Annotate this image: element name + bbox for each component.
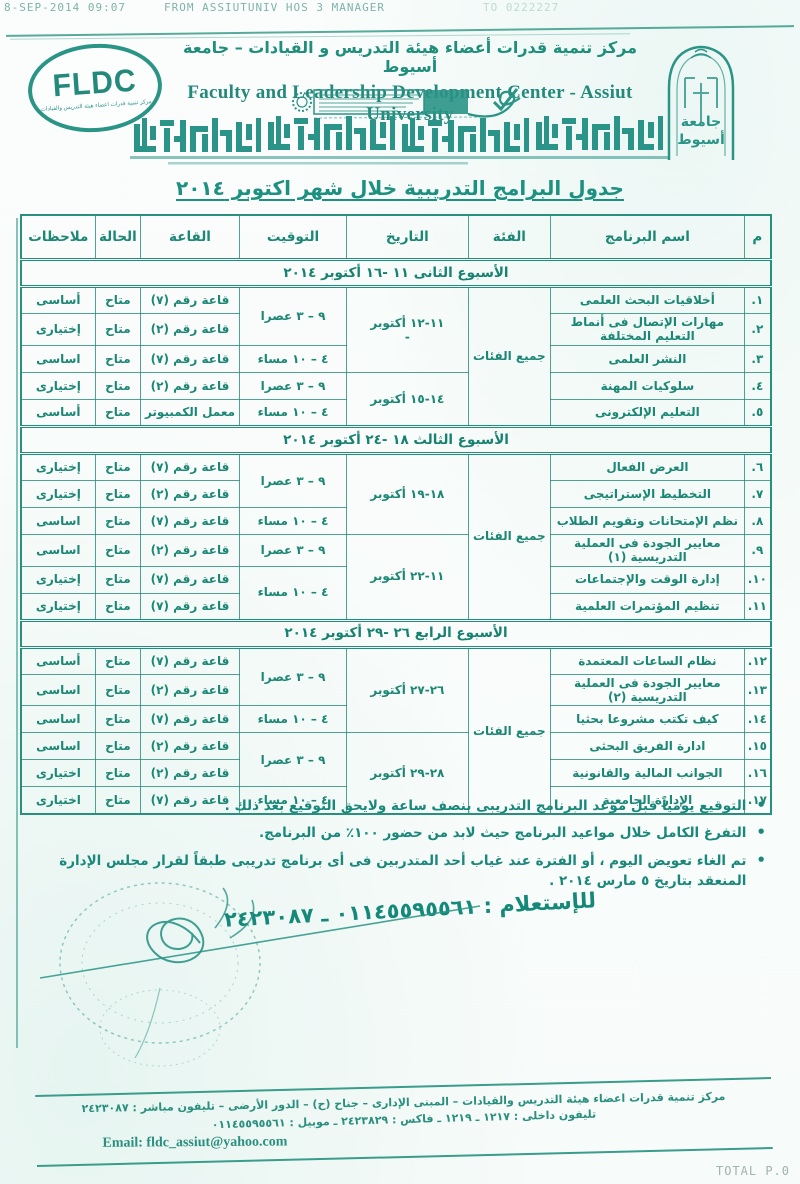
column-header-category: الفئة [468, 215, 550, 260]
cell-status: متاح [95, 534, 140, 566]
fldc-logo-text: FLDC [52, 63, 138, 104]
footer-email: Email: fldc_assiut@yahoo.com [102, 1134, 287, 1151]
contact-footer: مركز تنمية قدرات اعضاء هيئة التدريس والق… [35, 1077, 773, 1167]
schedule-row: ١٥.ادارة الفريق البحثى٢٨-٢٩ أكتوبر٩ – ٣ … [21, 733, 771, 760]
cell-num: ٣. [744, 345, 771, 372]
cell-num: ٤. [744, 372, 771, 399]
cell-status: متاح [95, 706, 140, 733]
cell-program: التخطيط الإستراتيجى [551, 480, 745, 507]
column-header-time: التوقيت [239, 215, 346, 260]
cell-hall: معمل الكمبيوتر [141, 399, 240, 426]
cell-program: معايير الجودة فى العملية التدريسية (٢) [551, 674, 745, 706]
cell-program: نظام الساعات المعتمدة [551, 647, 745, 674]
cell-remarks: اساسى [21, 507, 95, 534]
cell-hall: قاعة رقم (٢) [141, 733, 240, 760]
cell-hall: قاعة رقم (٧) [141, 566, 240, 593]
cell-status: متاح [95, 733, 140, 760]
bullet-icon: • [756, 796, 766, 816]
cell-time: ٩ – ٣ عصرا [239, 733, 346, 787]
cell-num: ٢. [744, 314, 771, 346]
cell-num: ١٢. [744, 647, 771, 674]
week-section-title: الأسبوع الرابع ٢٦ -٢٩ أكتوبر ٢٠١٤ [21, 620, 771, 647]
scanned-fax-document: 8-SEP-2014 09:07 FROM ASSIUTUNIV HOS 3 M… [0, 0, 800, 1184]
column-header-hall: القاعة [141, 215, 240, 260]
cell-time: ٤ – ١٠ مساء [239, 507, 346, 534]
cell-num: ٩. [744, 534, 771, 566]
cell-time: ٩ – ٣ عصرا [239, 453, 346, 507]
cell-program: نظم الإمتحانات وتقويم الطلاب [551, 507, 745, 534]
cell-date: ١٨-١٩ أكتوبر [347, 453, 469, 534]
cell-remarks: أساسى [21, 287, 95, 314]
cell-remarks: اساسى [21, 674, 95, 706]
bullet-icon: • [756, 823, 766, 843]
cell-num: ٥. [744, 399, 771, 426]
week-section-title: الأسبوع الثالث ١٨ -٢٤ أكتوبر ٢٠١٤ [21, 426, 771, 453]
cell-num: ١٦. [744, 760, 771, 787]
cell-hall: قاعة رقم (٧) [141, 345, 240, 372]
cell-remarks: إختيارى [21, 593, 95, 620]
official-stamp-icon [60, 883, 260, 1043]
cell-date: ١٤-١٥ أكتوبر [347, 372, 469, 426]
cell-hall: قاعة رقم (٧) [141, 593, 240, 620]
cell-remarks: أساسى [21, 647, 95, 674]
cell-time: ٤ – ١٠ مساء [239, 399, 346, 426]
cell-category: جميع الفئات [468, 647, 550, 814]
cell-program: ادارة الفريق البحثى [551, 733, 745, 760]
cell-category: جميع الفئات [468, 287, 550, 427]
footnote-item: •التوقيع يومياً قبل موعد البرنامج التدري… [36, 796, 766, 816]
column-header-num: م [744, 215, 771, 260]
letterhead-title-arabic: مركز تنمية قدرات أعضاء هيئة التدريس و ال… [165, 38, 655, 76]
schedule-table: ماسم البرنامجالفئةالتاريخالتوقيتالقاعةال… [20, 214, 772, 815]
cell-remarks: اساسى [21, 534, 95, 566]
cell-hall: قاعة رقم (٢) [141, 674, 240, 706]
cell-status: متاح [95, 480, 140, 507]
cell-program: سلوكيات المهنة [551, 372, 745, 399]
kufic-calligraphy-band [128, 112, 672, 170]
cell-hall: قاعة رقم (٢) [141, 372, 240, 399]
cell-status: متاح [95, 647, 140, 674]
cell-time: ٩ – ٣ عصرا [239, 647, 346, 706]
cell-date: ١١-٢٢ أكتوبر [347, 534, 469, 620]
schedule-row: ٩.معايير الجودة فى العملية التدريسية (١)… [21, 534, 771, 566]
fax-page-trailer: TOTAL P.0 [716, 1164, 790, 1178]
cell-status: متاح [95, 593, 140, 620]
cell-num: ١٤. [744, 706, 771, 733]
fax-from: FROM ASSIUTUNIV HOS 3 MANAGER [164, 1, 385, 14]
cell-remarks: اساسى [21, 733, 95, 760]
fax-transmission-header: 8-SEP-2014 09:07 FROM ASSIUTUNIV HOS 3 M… [4, 1, 796, 14]
cell-num: ١٥. [744, 733, 771, 760]
cell-num: ٦. [744, 453, 771, 480]
cell-status: متاح [95, 399, 140, 426]
cell-status: متاح [95, 287, 140, 314]
cell-hall: قاعة رقم (٧) [141, 453, 240, 480]
footnote-text: التفرغ الكامل خلال مواعيد البرنامج حيث ل… [259, 823, 746, 843]
cell-program: أخلاقيات البحث العلمى [551, 287, 745, 314]
cell-hall: قاعة رقم (٢) [141, 480, 240, 507]
signature-line [40, 906, 480, 978]
cell-hall: قاعة رقم (٧) [141, 706, 240, 733]
cell-remarks: اختيارى [21, 760, 95, 787]
cell-status: متاح [95, 453, 140, 480]
schedule-row: ٦.العرض الفعالجميع الفئات١٨-١٩ أكتوبر٩ –… [21, 453, 771, 480]
cell-time: ٩ – ٣ عصرا [239, 372, 346, 399]
table-header-row: ماسم البرنامجالفئةالتاريخالتوقيتالقاعةال… [21, 215, 771, 260]
schedule-row: ٤.سلوكيات المهنة١٤-١٥ أكتوبر٩ – ٣ عصراقا… [21, 372, 771, 399]
cell-status: متاح [95, 345, 140, 372]
cell-program: إدارة الوقت والإجتماعات [551, 566, 745, 593]
cell-date: ٢٦-٢٧ أكتوبر [347, 647, 469, 733]
cell-time: ٩ – ٣ عصرا [239, 287, 346, 346]
cell-remarks: إختيارى [21, 566, 95, 593]
week-section-title: الأسبوع الثانى ١١ -١٦ أكتوبر ٢٠١٤ [21, 260, 771, 287]
column-header-program: اسم البرنامج [551, 215, 745, 260]
cell-remarks: اساسى [21, 706, 95, 733]
cell-remarks: إختيارى [21, 314, 95, 346]
cell-hall: قاعة رقم (٢) [141, 760, 240, 787]
bullet-icon: • [756, 851, 766, 892]
cell-category: جميع الفئات [468, 453, 550, 620]
cell-program: تنظيم المؤتمرات العلمية [551, 593, 745, 620]
cell-status: متاح [95, 314, 140, 346]
week-section-row: الأسبوع الثالث ١٨ -٢٤ أكتوبر ٢٠١٤ [21, 426, 771, 453]
cell-time: ٩ – ٣ عصرا [239, 534, 346, 566]
document-title: جدول البرامج التدريبية خلال شهر اكتوبر ٢… [0, 176, 800, 200]
cell-time: ٤ – ١٠ مساء [239, 345, 346, 372]
column-header-remarks: ملاحظات [21, 215, 95, 260]
cell-program: معايير الجودة فى العملية التدريسية (١) [551, 534, 745, 566]
cell-program: التعليم الإلكترونى [551, 399, 745, 426]
cell-status: متاح [95, 507, 140, 534]
cell-remarks: إختيارى [21, 480, 95, 507]
fax-datetime: 8-SEP-2014 09:07 [4, 1, 126, 14]
cell-program: كيف تكتب مشروعا بحثيا [551, 706, 745, 733]
cell-program: مهارات الإتصال فى أنماط التعليم المختلفة [551, 314, 745, 346]
cell-program: العرض الفعال [551, 453, 745, 480]
footnote-item: •التفرغ الكامل خلال مواعيد البرنامج حيث … [36, 823, 766, 843]
emblem-text-line2: أسيوط [677, 130, 725, 148]
cell-hall: قاعة رقم (٧) [141, 647, 240, 674]
cell-num: ١. [744, 287, 771, 314]
cell-program: النشر العلمى [551, 345, 745, 372]
cell-num: ٧. [744, 480, 771, 507]
cell-hall: قاعة رقم (٢) [141, 534, 240, 566]
cell-hall: قاعة رقم (٧) [141, 287, 240, 314]
week-section-row: الأسبوع الرابع ٢٦ -٢٩ أكتوبر ٢٠١٤ [21, 620, 771, 647]
cell-remarks: أساسى [21, 399, 95, 426]
schedule-row: ١٢.نظام الساعات المعتمدةجميع الفئات٢٦-٢٧… [21, 647, 771, 674]
column-header-status: الحالة [95, 215, 140, 260]
cell-num: ١٣. [744, 674, 771, 706]
cell-remarks: إختيارى [21, 372, 95, 399]
cell-num: ١١. [744, 593, 771, 620]
emblem-text-line1: جامعة [681, 114, 721, 130]
cell-status: متاح [95, 566, 140, 593]
cell-num: ١٠. [744, 566, 771, 593]
cell-remarks: اساسى [21, 345, 95, 372]
week-section-row: الأسبوع الثانى ١١ -١٦ أكتوبر ٢٠١٤ [21, 260, 771, 287]
cell-time: ٤ – ١٠ مساء [239, 566, 346, 620]
cell-num: ٨. [744, 507, 771, 534]
cell-status: متاح [95, 372, 140, 399]
column-header-date: التاريخ [347, 215, 469, 260]
cell-time: ٤ – ١٠ مساء [239, 706, 346, 733]
cell-hall: قاعة رقم (٢) [141, 314, 240, 346]
cell-hall: قاعة رقم (٧) [141, 507, 240, 534]
cell-program: الجوانب المالية والقانونية [551, 760, 745, 787]
fax-to: TO 0222227 [483, 1, 559, 14]
cell-date: ١١-١٢ أكتوبر - [347, 287, 469, 373]
cell-status: متاح [95, 760, 140, 787]
cell-status: متاح [95, 674, 140, 706]
cell-remarks: إختيارى [21, 453, 95, 480]
signature-and-stamp [10, 868, 510, 1068]
footnote-text: التوقيع يومياً قبل موعد البرنامج التدريب… [225, 796, 747, 816]
schedule-row: ١.أخلاقيات البحث العلمىجميع الفئات١١-١٢ … [21, 287, 771, 314]
